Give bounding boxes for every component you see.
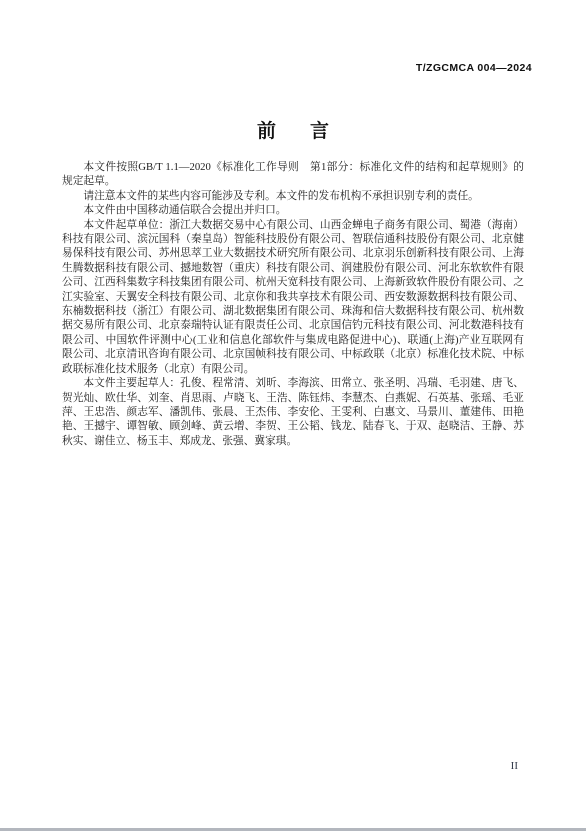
paragraph-drafting-organizations: 本文件起草单位：浙江大数据交易中心有限公司、山西金蝉电子商务有限公司、蜀港（海南… [62, 218, 524, 376]
standard-doc-number: T/ZGCMCA 004—2024 [416, 62, 532, 74]
paragraph-patent-notice: 请注意本文件的某些内容可能涉及专利。本文件的发布机构不承担识别专利的责任。 [62, 189, 524, 203]
foreword-heading-char-2: 言 [310, 116, 329, 143]
foreword-heading: 前 言 [0, 116, 586, 143]
paragraph-drafting-basis: 本文件按照GB/T 1.1—2020《标准化工作导则 第1部分：标准化文件的结构… [62, 160, 524, 189]
paragraph-main-drafters: 本文件主要起草人：孔俊、程常清、刘昕、李海滨、田常立、张圣明、冯瑞、毛羽建、唐飞… [62, 376, 524, 448]
page-number: II [511, 760, 518, 772]
paragraph-issuing-body: 本文件由中国移动通信联合会提出并归口。 [62, 203, 524, 217]
document-page: T/ZGCMCA 004—2024 前 言 本文件按照GB/T 1.1—2020… [0, 0, 586, 831]
foreword-body: 本文件按照GB/T 1.1—2020《标准化工作导则 第1部分：标准化文件的结构… [62, 160, 524, 448]
foreword-heading-char-1: 前 [257, 116, 276, 143]
